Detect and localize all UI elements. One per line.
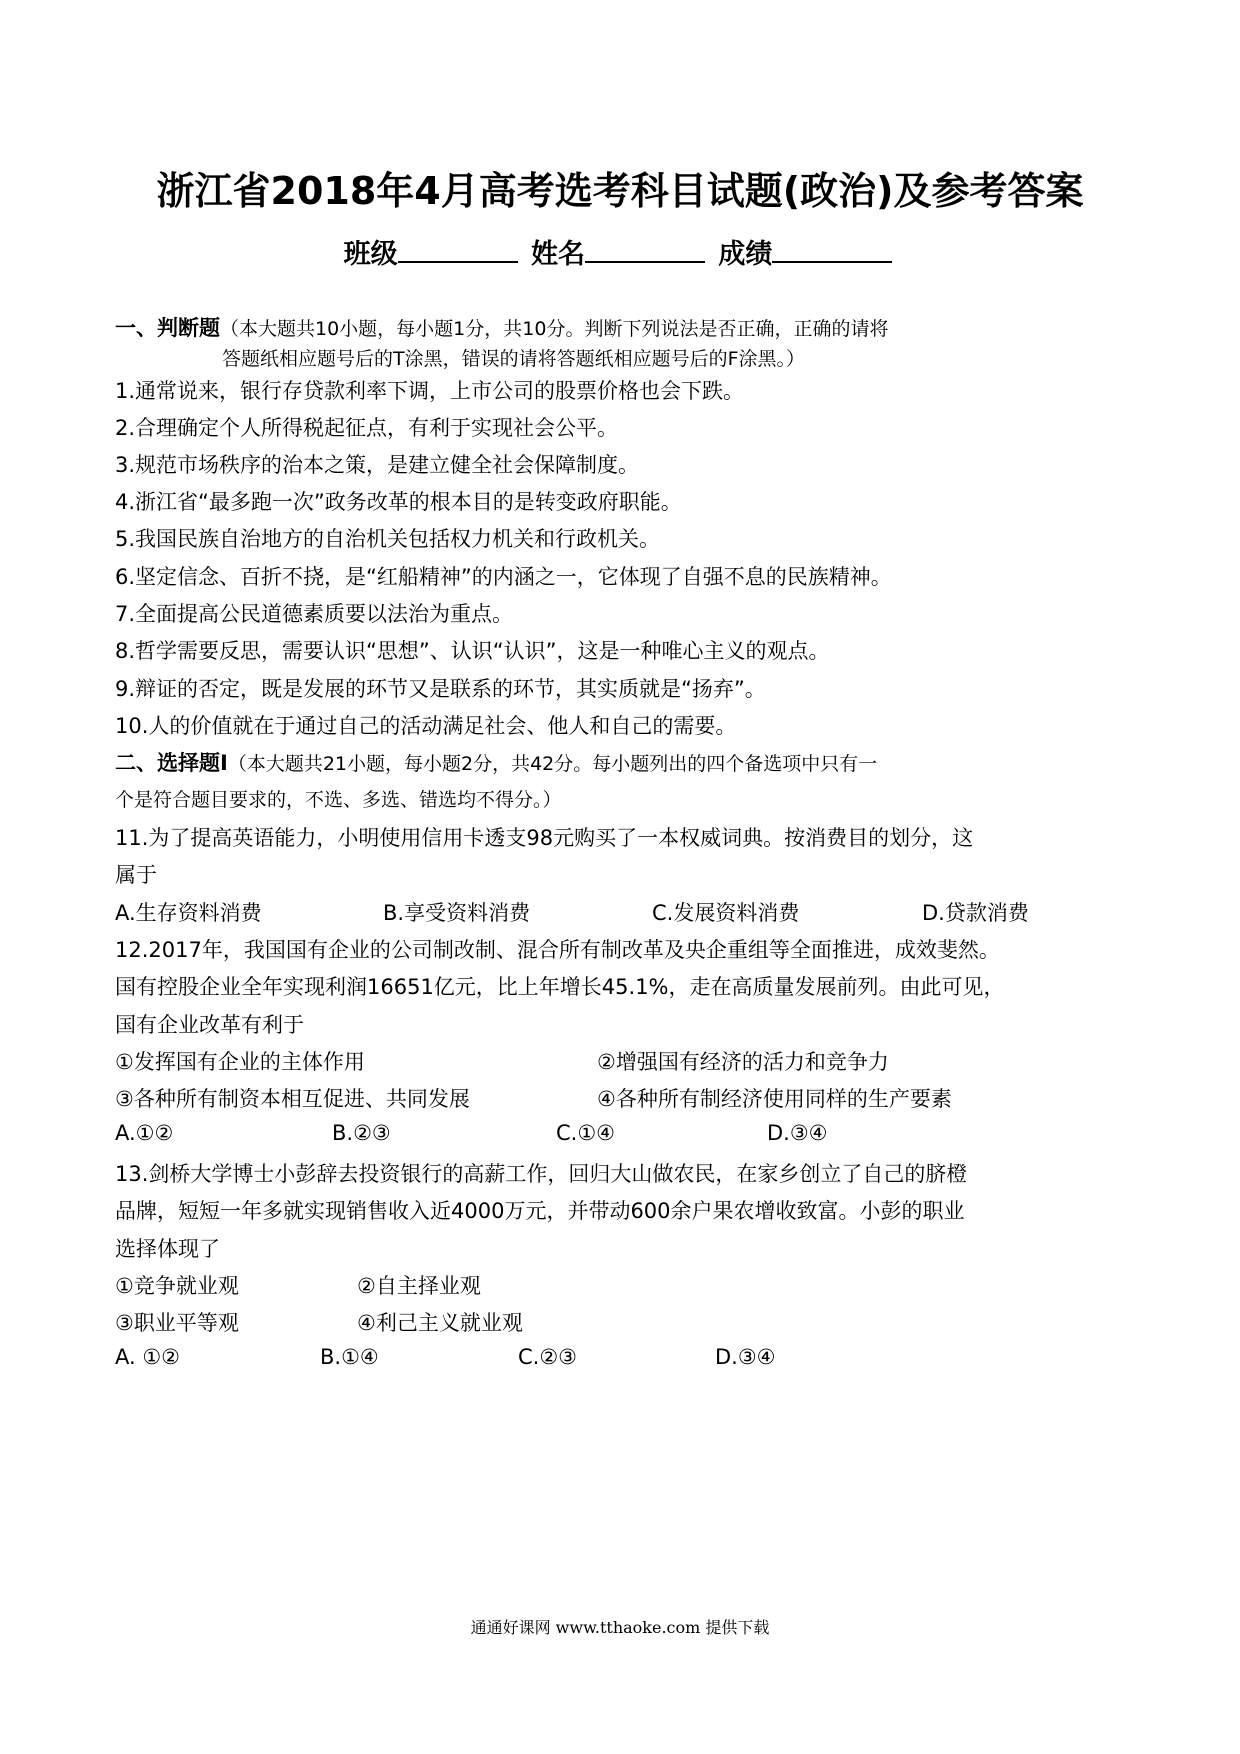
- judgment-item-8: 8.哲学需要反思，需要认识“思想”、认识“认识”，这是一种唯心主义的观点。: [115, 635, 830, 665]
- document-title: 浙江省2018年4月高考选考科目试题(政治)及参考答案: [0, 160, 1240, 215]
- q12-statement-1: ①发挥国有企业的主体作用: [115, 1046, 365, 1076]
- judgment-item-3: 3.规范市场秩序的治本之策，是建立健全社会保障制度。: [115, 449, 639, 479]
- q13-statement-1: ①竞争就业观: [115, 1270, 239, 1300]
- section2-header: 二、选择题Ⅰ（本大题共21小题，每小题2分，共42分。每小题列出的四个备选项中只…: [115, 747, 877, 777]
- name-label: 姓名: [531, 239, 585, 270]
- judgment-item-2: 2.合理确定个人所得税起征点，有利于实现社会公平。: [115, 412, 618, 442]
- q12-statement-4: ④各种所有制经济使用同样的生产要素: [597, 1083, 952, 1113]
- q13-option-c: C.②③: [518, 1345, 577, 1369]
- judgment-item-5: 5.我国民族自治地方的自治机关包括权力机关和行政机关。: [115, 523, 660, 553]
- q13-stem-1: 13.剑桥大学博士小彭辞去投资银行的高薪工作，回归大山做农民，在家乡创立了自己的…: [115, 1158, 967, 1188]
- q11-option-c: C.发展资料消费: [652, 897, 799, 927]
- q13-stem-2: 品牌，短短一年多就实现销售收入近4000万元，并带动600余户果农增收致富。小彭…: [115, 1195, 965, 1225]
- q11-stem-1: 11.为了提高英语能力，小明使用信用卡透支98元购买了一本权威词典。按消费目的划…: [115, 822, 973, 852]
- q13-option-d: D.③④: [715, 1345, 776, 1369]
- q12-option-a: A.①②: [115, 1121, 173, 1145]
- student-info-line: 班级 姓名 成绩: [0, 232, 1240, 271]
- class-label: 班级: [344, 239, 398, 270]
- section1-instruction-2: 答题纸相应题号后的T涂黑，错误的请将答题纸相应题号后的F涂黑。）: [222, 344, 805, 371]
- judgment-item-9: 9.辩证的否定，既是发展的环节又是联系的环节，其实质就是“扬弃”。: [115, 673, 766, 703]
- judgment-item-6: 6.坚定信念、百折不挠，是“红船精神”的内涵之一，它体现了自强不息的民族精神。: [115, 561, 892, 591]
- q11-option-b: B.享受资料消费: [383, 897, 530, 927]
- section2-heading: 二、选择题Ⅰ: [115, 751, 228, 775]
- q12-statement-2: ②增强国有经济的活力和竞争力: [597, 1046, 889, 1076]
- q13-option-a: A. ①②: [115, 1345, 180, 1369]
- footer-download-note: 通通好课网 www.tthaoke.com 提供下载: [0, 1615, 1240, 1638]
- class-blank: [398, 237, 518, 263]
- q11-stem-2: 属于: [115, 859, 157, 889]
- score-blank: [772, 237, 892, 263]
- q13-statement-3: ③职业平等观: [115, 1307, 239, 1337]
- exam-page: 浙江省2018年4月高考选考科目试题(政治)及参考答案 班级 姓名 成绩 一、判…: [0, 0, 1240, 1754]
- q12-stem-1: 12.2017年，我国国有企业的公司制改制、混合所有制改革及央企重组等全面推进，…: [115, 934, 1000, 964]
- q13-statement-2: ②自主择业观: [357, 1270, 481, 1300]
- section1-header: 一、判断题（本大题共10小题，每小题1分，共10分。判断下列说法是否正确，正确的…: [115, 312, 888, 342]
- q13-option-b: B.①④: [320, 1345, 379, 1369]
- q13-statement-4: ④利己主义就业观: [357, 1307, 523, 1337]
- q12-option-c: C.①④: [556, 1121, 615, 1145]
- q11-option-d: D.贷款消费: [922, 897, 1029, 927]
- q12-stem-3: 国有企业改革有利于: [115, 1009, 304, 1039]
- name-blank: [585, 237, 705, 263]
- section2-instruction-2: 个是符合题目要求的，不选、多选、错选均不得分。）: [115, 785, 562, 812]
- score-label: 成绩: [718, 239, 772, 270]
- q11-option-a: A.生存资料消费: [115, 897, 262, 927]
- section1-heading: 一、判断题: [115, 316, 220, 340]
- section2-instruction-1: （本大题共21小题，每小题2分，共42分。每小题列出的四个备选项中只有一: [228, 753, 877, 775]
- q13-stem-3: 选择体现了: [115, 1233, 220, 1263]
- section1-instruction-1: （本大题共10小题，每小题1分，共10分。判断下列说法是否正确，正确的请将: [220, 318, 888, 340]
- judgment-item-4: 4.浙江省“最多跑一次”政务改革的根本目的是转变政府职能。: [115, 486, 682, 516]
- q12-statement-3: ③各种所有制资本相互促进、共同发展: [115, 1083, 470, 1113]
- q12-option-d: D.③④: [767, 1121, 828, 1145]
- q12-option-b: B.②③: [332, 1121, 391, 1145]
- judgment-item-10: 10.人的价值就在于通过自己的活动满足社会、他人和自己的需要。: [115, 710, 736, 740]
- judgment-item-7: 7.全面提高公民道德素质要以法治为重点。: [115, 598, 513, 628]
- q12-stem-2: 国有控股企业全年实现利润16651亿元，比上年增长45.1%，走在高质量发展前列…: [115, 971, 1005, 1001]
- judgment-item-1: 1.通常说来，银行存贷款利率下调，上市公司的股票价格也会下跌。: [115, 375, 744, 405]
